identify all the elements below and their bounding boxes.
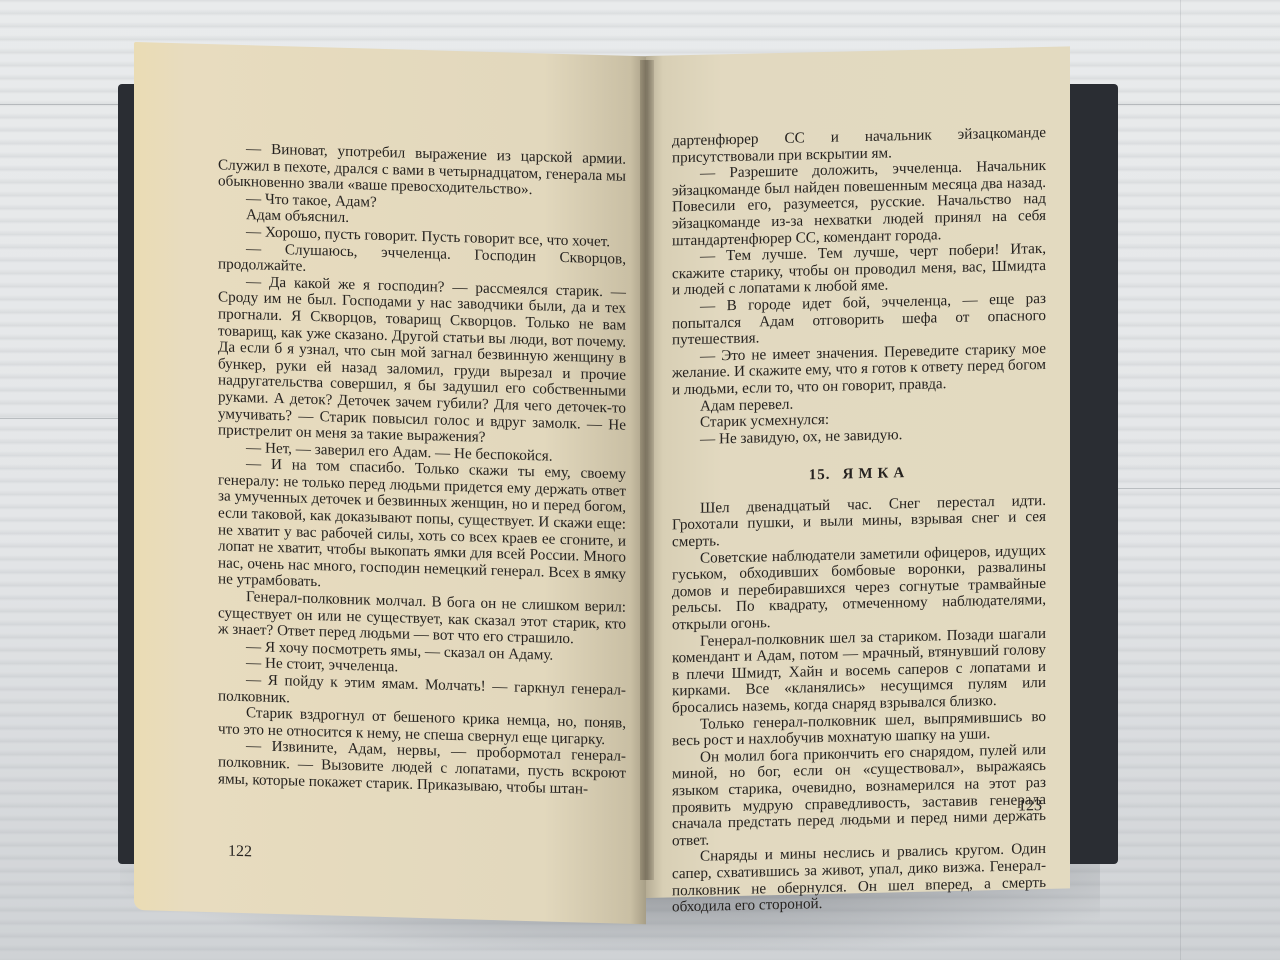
page-number-left: 122	[228, 843, 252, 862]
paragraph: — Извините, Адам, нервы, — пробормотал г…	[218, 738, 626, 799]
paragraph: — Да какой же я господин? — рассмеялся с…	[218, 273, 626, 450]
chapter-heading: 15.ЯМКА	[672, 462, 1046, 487]
table-plank-seam	[0, 418, 130, 419]
left-page: — Виноват, употребил выражение из царско…	[134, 42, 646, 924]
book-gutter	[640, 60, 654, 880]
left-page-text: — Виноват, употребил выражение из царско…	[218, 140, 626, 799]
table-plank-seam	[1100, 488, 1280, 489]
right-page-text: дартенфюрер СС и начальник эйзацкоманде …	[672, 125, 1046, 916]
paragraph: — И на том спасибо. Только скажи ты ему,…	[218, 456, 626, 600]
page-number-right: 123	[1018, 797, 1042, 816]
right-page: дартенфюрер СС и начальник эйзацкоманде …	[646, 46, 1070, 898]
paragraph: — Это не имеет значения. Переведите стар…	[672, 341, 1046, 399]
table-plank-seam	[1180, 0, 1181, 960]
paragraph: — Разрешите доложить, эччеленца. Начальн…	[672, 158, 1046, 249]
paragraph: Генерал-полковник шел за стариком. Позад…	[672, 626, 1046, 717]
chapter-title: ЯМКА	[843, 465, 910, 483]
paragraph: Советские наблюдатели заметили офицеров,…	[672, 543, 1046, 634]
paragraph: Он молил бога прикончить его снарядом, п…	[672, 742, 1046, 850]
paragraph: Снаряды и мины неслись и рвались кругом.…	[672, 841, 1046, 916]
chapter-number: 15.	[809, 467, 831, 483]
